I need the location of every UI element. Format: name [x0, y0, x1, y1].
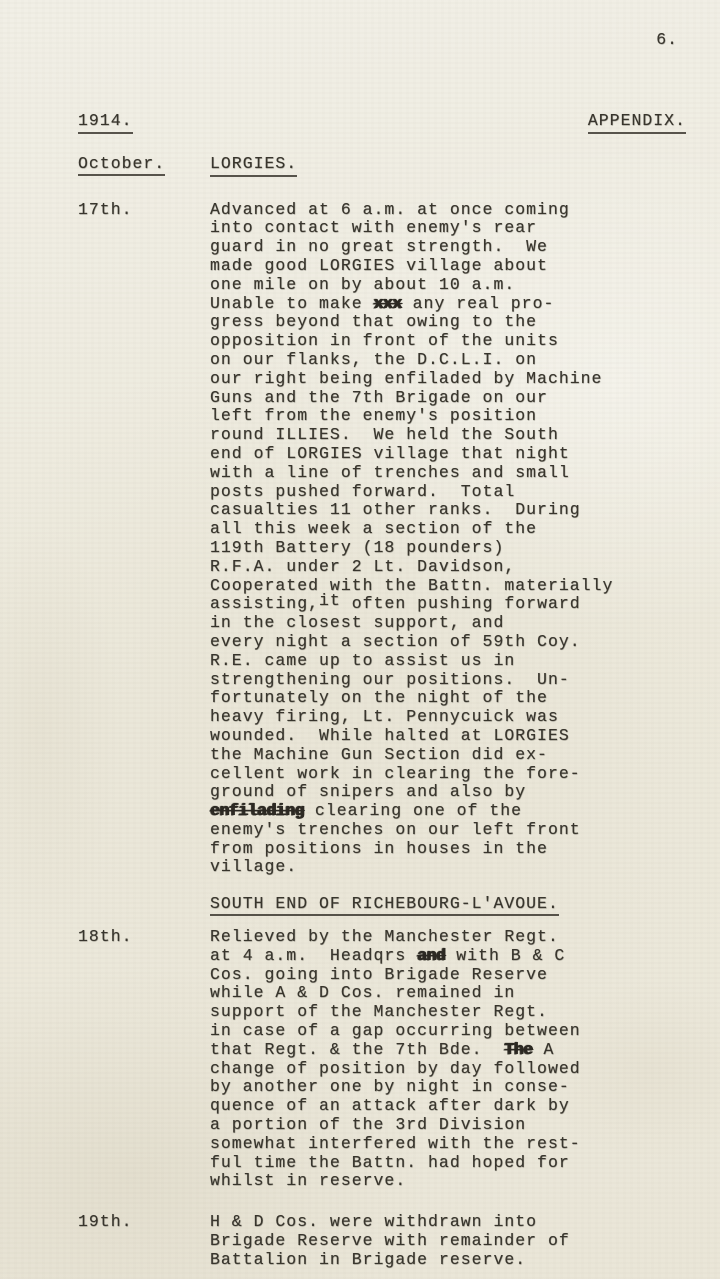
body-line: guard in no great strength. We [210, 238, 686, 257]
entry-day-label: 19th. [78, 1213, 210, 1269]
line-text: a portion of the 3rd Division [210, 1115, 526, 1134]
body-line: change of position by day followed [210, 1060, 686, 1079]
line-text: end of LORGIES village that night [210, 444, 570, 463]
page-content: 1914. APPENDIX. October. LORGIES. 17th.A… [78, 112, 686, 1270]
diary-entry: 17th.Advanced at 6 a.m. at once comingin… [78, 201, 686, 878]
body-line: posts pushed forward. Total [210, 483, 686, 502]
line-text: whilst in reserve. [210, 1171, 406, 1190]
body-line: on our flanks, the D.C.L.I. on [210, 351, 686, 370]
body-line: into contact with enemy's rear [210, 219, 686, 238]
month-cell: October. [78, 155, 210, 177]
body-line: assisting,it often pushing forward [210, 595, 686, 614]
line-text: cellent work in clearing the fore- [210, 764, 581, 783]
body-line: ground of snipers and also by [210, 783, 686, 802]
body-line: Cos. going into Brigade Reserve [210, 966, 686, 985]
body-line: that Regt. & the 7th Bde. The A [210, 1041, 686, 1060]
line-text: left from the enemy's position [210, 406, 537, 425]
body-line: R.E. came up to assist us in [210, 652, 686, 671]
body-line: in the closest support, and [210, 614, 686, 633]
entry-body: Advanced at 6 a.m. at once cominginto co… [210, 201, 686, 878]
section-heading: SOUTH END OF RICHEBOURG-L'AVOUE. [210, 895, 686, 914]
line-text: change of position by day followed [210, 1059, 581, 1078]
section-heading-text: SOUTH END OF RICHEBOURG-L'AVOUE. [210, 894, 559, 916]
body-line: wounded. While halted at LORGIES [210, 727, 686, 746]
line-text: enemy's trenches on our left front [210, 820, 581, 839]
diary-entry: 19th.H & D Cos. were withdrawn intoBriga… [78, 1213, 686, 1269]
body-line: made good LORGIES village about [210, 257, 686, 276]
line-text: round ILLIES. We held the South [210, 425, 559, 444]
body-line: a portion of the 3rd Division [210, 1116, 686, 1135]
line-text: Relieved by the Manchester Regt. [210, 927, 559, 946]
line-text: quence of an attack after dark by [210, 1096, 570, 1115]
header-row: 1914. APPENDIX. [78, 112, 686, 134]
struck-text: xxx [374, 294, 402, 313]
line-text: Cos. going into Brigade Reserve [210, 965, 548, 984]
entry-body: H & D Cos. were withdrawn intoBrigade Re… [210, 1213, 686, 1269]
body-line: left from the enemy's position [210, 407, 686, 426]
line-text: somewhat interfered with the rest- [210, 1134, 581, 1153]
entry-day-label: 18th. [78, 928, 210, 1191]
entry-day-label: 17th. [78, 201, 210, 878]
line-text: opposition in front of the units [210, 331, 559, 350]
line-text: Cooperated with the Battn. materially [210, 576, 613, 595]
body-line: while A & D Cos. remained in [210, 984, 686, 1003]
body-line: round ILLIES. We held the South [210, 426, 686, 445]
month-label: October. [78, 154, 165, 176]
line-text: guard in no great strength. We [210, 237, 548, 256]
body-line: all this week a section of the [210, 520, 686, 539]
line-text: in case of a gap occurring between [210, 1021, 581, 1040]
body-line: from positions in houses in the [210, 840, 686, 859]
body-line: R.F.A. under 2 Lt. Davidson, [210, 558, 686, 577]
year-heading: 1914. [78, 112, 133, 134]
struck-text: and [417, 946, 445, 965]
line-text: Unable to make [210, 294, 374, 313]
body-line: one mile on by about 10 a.m. [210, 276, 686, 295]
body-line: gress beyond that owing to the [210, 313, 686, 332]
line-text: heavy firing, Lt. Pennycuick was [210, 707, 559, 726]
body-line: village. [210, 858, 686, 877]
line-text: on our flanks, the D.C.L.I. on [210, 350, 537, 369]
line-text: A [533, 1040, 555, 1059]
body-line: our right being enfiladed by Machine [210, 370, 686, 389]
line-text: at 4 a.m. Headqrs [210, 946, 417, 965]
line-text: ful time the Battn. had hoped for [210, 1153, 570, 1172]
body-line: 119th Battery (18 pounders) [210, 539, 686, 558]
body-line: heavy firing, Lt. Pennycuick was [210, 708, 686, 727]
line-text: gress beyond that owing to the [210, 312, 537, 331]
line-text: strengthening our positions. Un- [210, 670, 570, 689]
line-text: assisting, [210, 594, 319, 613]
line-text: one mile on by about 10 a.m. [210, 275, 515, 294]
body-line: in case of a gap occurring between [210, 1022, 686, 1041]
line-text: made good LORGIES village about [210, 256, 548, 275]
line-text: 119th Battery (18 pounders) [210, 538, 504, 557]
line-text: fortunately on the night of the [210, 688, 548, 707]
line-text: that Regt. & the 7th Bde. [210, 1040, 504, 1059]
body-line: quence of an attack after dark by [210, 1097, 686, 1116]
body-line: every night a section of 59th Coy. [210, 633, 686, 652]
inserted-text: it [319, 592, 341, 611]
body-line: Brigade Reserve with remainder of [210, 1232, 686, 1251]
line-text: often pushing forward [341, 594, 581, 613]
line-text: R.E. came up to assist us in [210, 651, 515, 670]
body-line: opposition in front of the units [210, 332, 686, 351]
place-heading: LORGIES. [210, 155, 297, 177]
line-text: with a line of trenches and small [210, 463, 570, 482]
body-line: fortunately on the night of the [210, 689, 686, 708]
body-line: by another one by night in conse- [210, 1078, 686, 1097]
struck-text: enfilading [210, 801, 304, 820]
line-text: with B & C [445, 946, 565, 965]
body-line: enemy's trenches on our left front [210, 821, 686, 840]
line-text: our right being enfiladed by Machine [210, 369, 602, 388]
diary-entries: 17th.Advanced at 6 a.m. at once comingin… [78, 201, 686, 1270]
line-text: R.F.A. under 2 Lt. Davidson, [210, 557, 515, 576]
month-row: October. LORGIES. [78, 155, 686, 177]
page-number: 6. [656, 31, 678, 50]
body-line: with a line of trenches and small [210, 464, 686, 483]
body-line: Cooperated with the Battn. materially [210, 577, 686, 596]
line-text: casualties 11 other ranks. During [210, 500, 581, 519]
body-line: casualties 11 other ranks. During [210, 501, 686, 520]
body-line: strengthening our positions. Un- [210, 671, 686, 690]
diary-entry: 18th.Relieved by the Manchester Regt.at … [78, 928, 686, 1191]
line-text: while A & D Cos. remained in [210, 983, 515, 1002]
appendix-heading: APPENDIX. [588, 112, 686, 134]
scanned-diary-page: 6. 1914. APPENDIX. October. LORGIES. 17t… [0, 0, 720, 1279]
line-text: by another one by night in conse- [210, 1077, 570, 1096]
line-text: into contact with enemy's rear [210, 218, 537, 237]
body-line: Guns and the 7th Brigade on our [210, 389, 686, 408]
line-text: every night a section of 59th Coy. [210, 632, 581, 651]
line-text: Guns and the 7th Brigade on our [210, 388, 548, 407]
line-text: village. [210, 857, 297, 876]
struck-text: The [504, 1040, 532, 1059]
line-text: any real pro- [402, 294, 555, 313]
body-line: support of the Manchester Regt. [210, 1003, 686, 1022]
body-line: cellent work in clearing the fore- [210, 765, 686, 784]
body-line: Battalion in Brigade reserve. [210, 1251, 686, 1270]
line-text: Brigade Reserve with remainder of [210, 1231, 570, 1250]
line-text: support of the Manchester Regt. [210, 1002, 548, 1021]
line-text: posts pushed forward. Total [210, 482, 515, 501]
entry-body: Relieved by the Manchester Regt.at 4 a.m… [210, 928, 686, 1191]
body-line: H & D Cos. were withdrawn into [210, 1213, 686, 1232]
line-text: Advanced at 6 a.m. at once coming [210, 200, 570, 219]
line-text: all this week a section of the [210, 519, 537, 538]
line-text: ground of snipers and also by [210, 782, 526, 801]
line-text: wounded. While halted at LORGIES [210, 726, 570, 745]
body-line: ful time the Battn. had hoped for [210, 1154, 686, 1173]
body-line: the Machine Gun Section did ex- [210, 746, 686, 765]
line-text: Battalion in Brigade reserve. [210, 1250, 526, 1269]
body-line: end of LORGIES village that night [210, 445, 686, 464]
line-text: the Machine Gun Section did ex- [210, 745, 548, 764]
line-text: clearing one of the [304, 801, 522, 820]
body-line: Advanced at 6 a.m. at once coming [210, 201, 686, 220]
line-text: from positions in houses in the [210, 839, 548, 858]
line-text: in the closest support, and [210, 613, 504, 632]
body-line: whilst in reserve. [210, 1172, 686, 1191]
body-line: Relieved by the Manchester Regt. [210, 928, 686, 947]
body-line: enfilading clearing one of the [210, 802, 686, 821]
body-line: at 4 a.m. Headqrs and with B & C [210, 947, 686, 966]
body-line: somewhat interfered with the rest- [210, 1135, 686, 1154]
body-line: Unable to make xxx any real pro- [210, 295, 686, 314]
line-text: H & D Cos. were withdrawn into [210, 1212, 537, 1231]
